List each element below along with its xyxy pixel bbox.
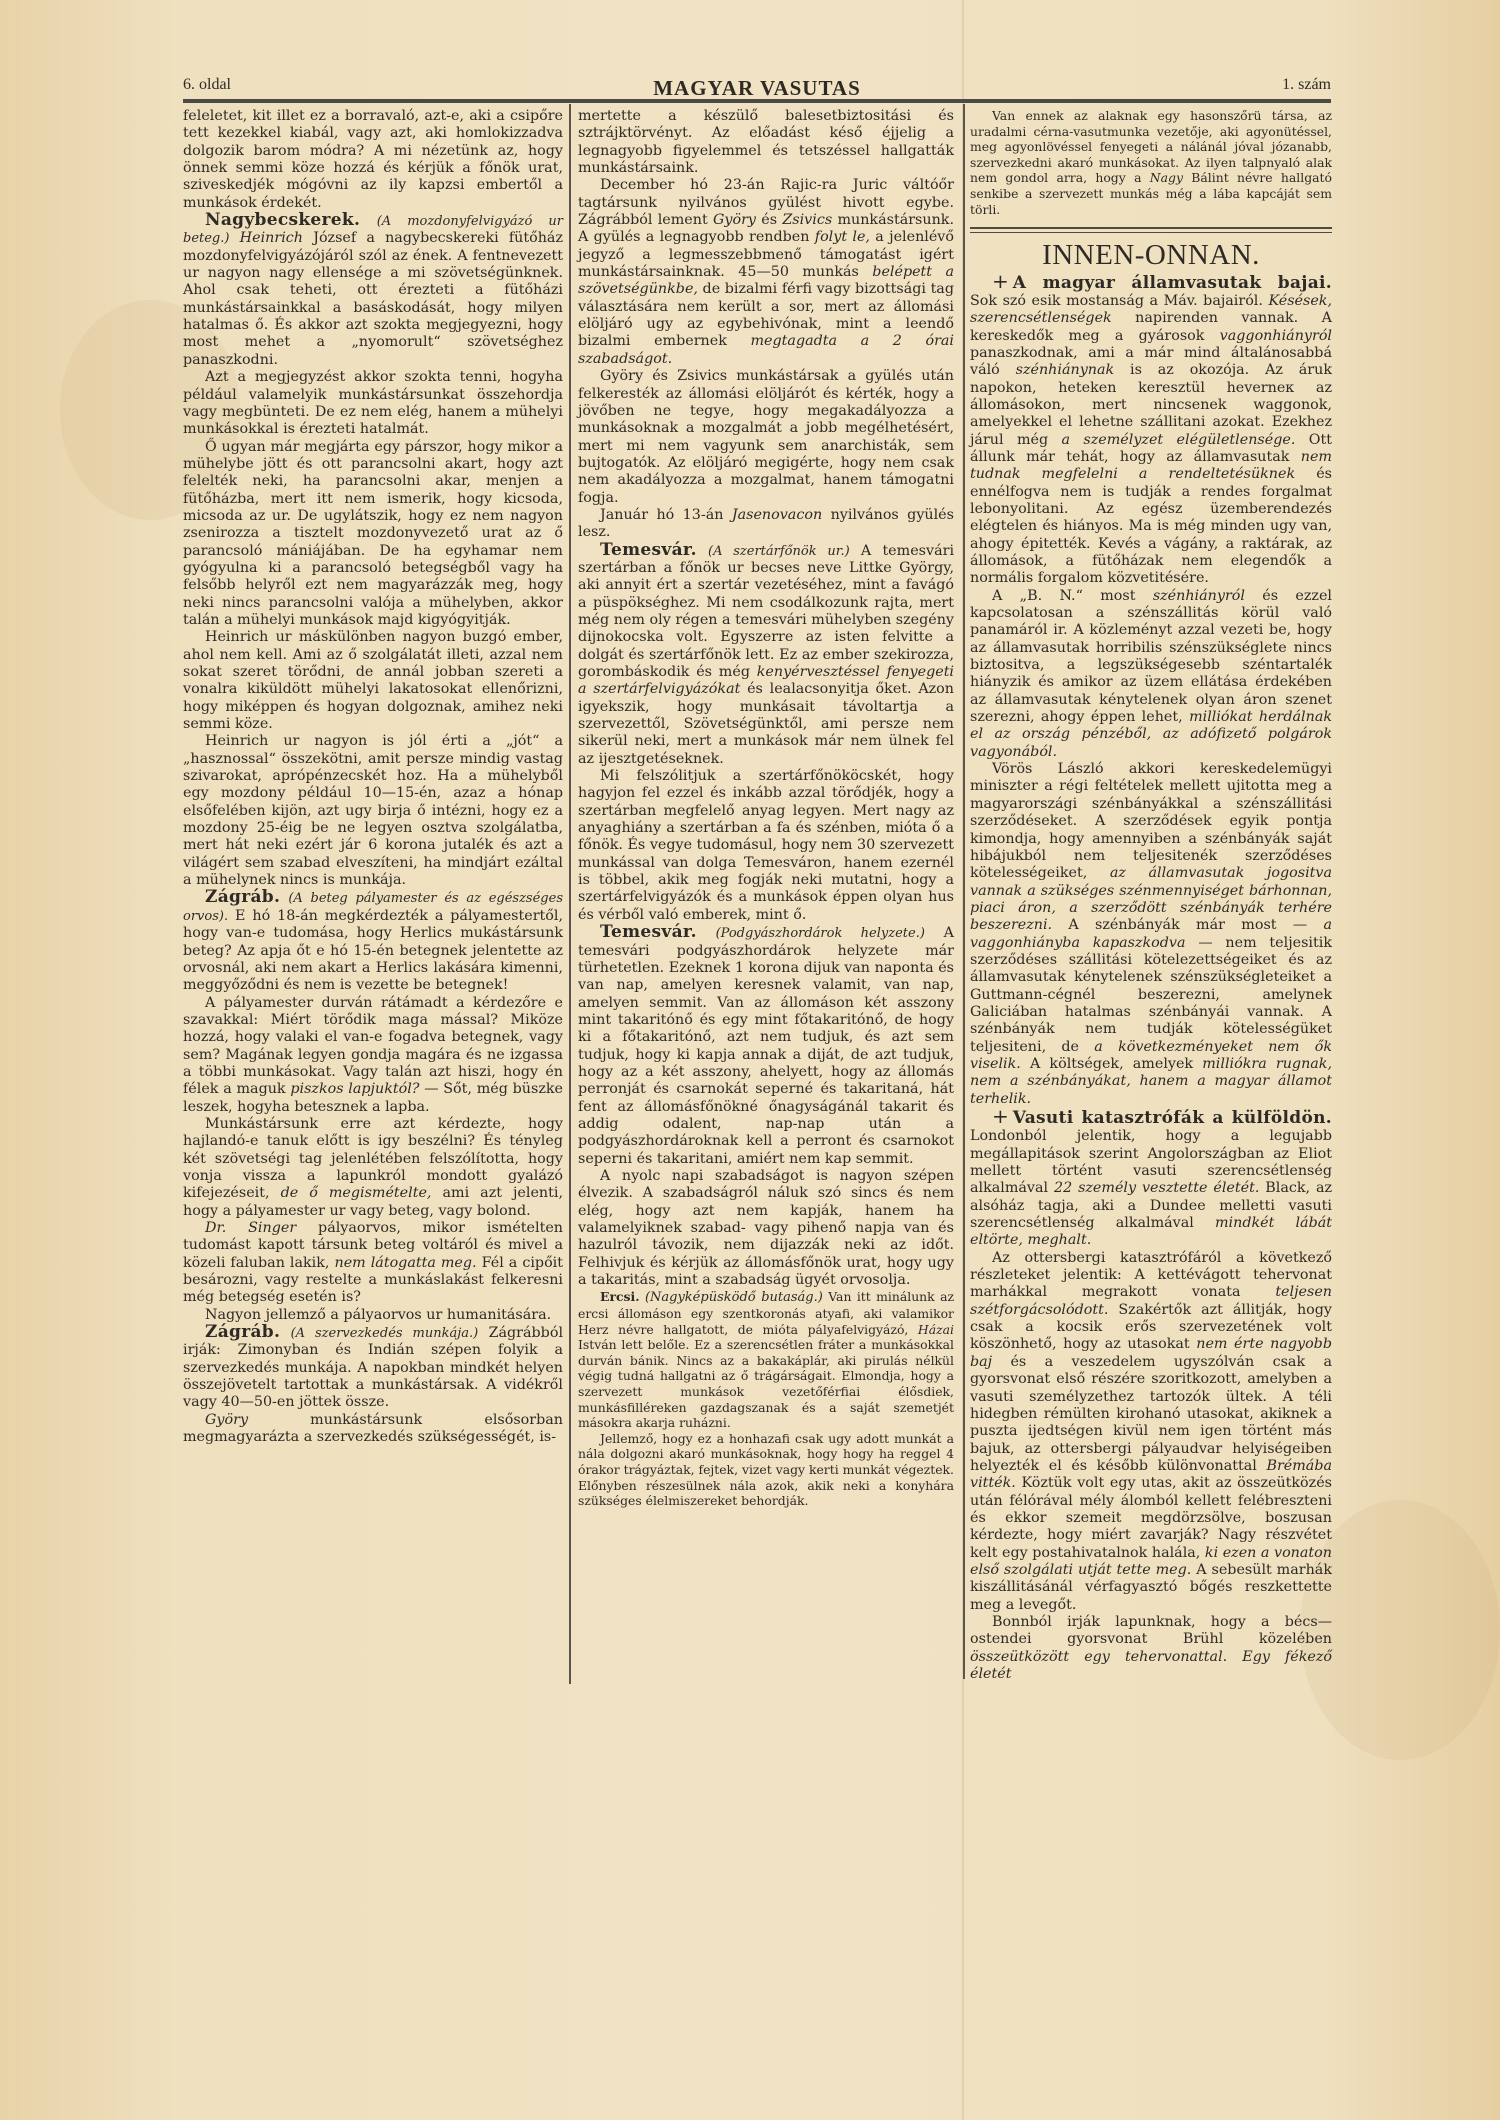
article-zagrab-1: Zágráb. (A beteg pályamester és az egész… xyxy=(183,889,563,994)
column-2: mertette a készülő balesetbiztositási és… xyxy=(578,108,954,1509)
paragraph-text: A temesvári podgyászhordárok helyzete má… xyxy=(578,925,954,1166)
column-divider xyxy=(963,104,965,1679)
article-heading: Vasuti katasztrófák a külföldön. xyxy=(1013,1108,1332,1128)
paragraph: A „B. N.“ most szénhiányról és ezzel kap… xyxy=(970,588,1332,761)
paragraph: Munkástársunk erre azt kérdezte, hogy ha… xyxy=(183,1116,563,1220)
person-name: Dr. Singer xyxy=(205,1220,296,1236)
issue-number: 1. szám xyxy=(1282,76,1331,94)
paragraph: Bonnból irják lapunknak, hogy a bécs—ost… xyxy=(970,1614,1332,1683)
person-name: Zsivics xyxy=(782,212,832,228)
paragraph: Heinrich ur máskülönben nagyon buzgó emb… xyxy=(183,629,563,733)
paragraph: A pályamester durván rátámadt a kérdezőr… xyxy=(183,995,563,1116)
emphasis: vaggonhiányról xyxy=(1220,328,1332,344)
paragraph-text: és ezzel kapcsolatosan a szénszállitás k… xyxy=(970,588,1332,725)
article-temesvar-1: Temesvár. (A szertárfőnök ur.) A temesvá… xyxy=(578,542,954,768)
article-heading: Zágráb. xyxy=(205,1322,280,1342)
article-heading: Temesvár. xyxy=(600,922,697,942)
paragraph-text: Bonnból irják lapunknak, hogy a bécs—ost… xyxy=(970,1614,1332,1647)
paragraph: Január hó 13-án Jasenovacon nyilvános gy… xyxy=(578,507,954,542)
paragraph: Györy és Zsivics munkástársak a gyülés u… xyxy=(578,368,954,507)
paragraph: December hó 23-án Rajic-ra Juric váltóőr… xyxy=(578,177,954,368)
paragraph-text: Január hó 13-án xyxy=(600,507,732,523)
article-subtitle: (A szertárfőnök ur.) xyxy=(708,544,850,559)
paragraph-text: A költségek, amelyek xyxy=(1021,1056,1202,1072)
emphasis: összeütközött egy tehervonattal. Egy fék… xyxy=(970,1649,1332,1682)
emphasis: szénhiányról xyxy=(1153,588,1245,604)
paragraph: Ő ugyan már megjárta egy párszor, hogy m… xyxy=(183,439,563,630)
paragraph: Heinrich ur nagyon is jól érti a „jót“ a… xyxy=(183,733,563,889)
person-name: Györy xyxy=(205,1412,248,1428)
article-heading: Ercsi. xyxy=(600,1289,640,1304)
emphasis: szénhiánynak xyxy=(1016,362,1115,378)
paragraph: Györy munkástársunk elsősorban megmagyar… xyxy=(183,1412,563,1447)
emphasis: a személyzet elégületlensége. xyxy=(1062,432,1296,448)
person-name: Györy xyxy=(713,212,756,228)
article-temesvar-2: Temesvár. (Podgyászhordárok helyzete.) A… xyxy=(578,924,954,1168)
paragraph: mertette a készülő balesetbiztositási és… xyxy=(578,108,954,177)
cross-icon: + xyxy=(992,1104,1009,1128)
emphasis: piszkos lapjuktól? xyxy=(290,1081,419,1097)
article-subtitle: (Nagyképüsködő butaság.) xyxy=(645,1290,823,1305)
person-name: Nagy xyxy=(1150,170,1183,185)
article-heading: Zágráb. xyxy=(205,887,280,907)
paragraph-text: Sok szó esik mostanság a Máv. bajairól. xyxy=(970,293,1268,309)
article-nagybecskerek: Nagybecskerek. (A mozdonyfelvigyázó ur b… xyxy=(183,212,563,369)
page-header: 6. oldal MAGYAR VASUTAS 1. szám xyxy=(183,76,1331,98)
emphasis: 22 személy vesztette életét. xyxy=(1054,1180,1259,1196)
column-divider xyxy=(569,104,571,1684)
paragraph-text: István lett belőle. Ez a szerencsétlen f… xyxy=(578,1337,954,1430)
article-zagrab-2: Zágráb. (A szervezkedés munkája.) Zágráb… xyxy=(183,1324,563,1412)
paragraph-text: és a veszedelem ugyszólván csak a gyorsv… xyxy=(970,1354,1332,1474)
paragraph-text: A temesvári szertárban a főnök ur becses… xyxy=(578,543,954,680)
paragraph: Van ennek az alaknak egy hasonszőrü társ… xyxy=(970,108,1332,217)
paragraph: Az ottersbergi katasztrófáról a következ… xyxy=(970,1250,1332,1614)
paragraph-text: A szénbányák már most xyxy=(1052,917,1293,933)
paragraph: feleletet, kit illet ez a borravaló, azt… xyxy=(183,108,563,212)
person-name: Házai xyxy=(918,1322,954,1337)
emphasis: de ő megismételte, xyxy=(281,1185,432,1201)
emphasis: nem látogatta meg. xyxy=(334,1255,476,1271)
article-mav: +A magyar államvasutak bajai. Sok szó es… xyxy=(970,273,1332,588)
paragraph: Vörös László akkori kereskedelemügyi min… xyxy=(970,761,1332,1108)
section-title: INNEN-ONNAN. xyxy=(970,247,1332,264)
article-subtitle: (Podgyászhordárok helyzete.) xyxy=(716,926,925,941)
article-subtitle: (A szervezkedés munkája.) xyxy=(291,1326,479,1341)
paragraph: Mi felszólitjuk a szertárfőnököcskét, ho… xyxy=(578,768,954,924)
masthead-title: MAGYAR VASUTAS xyxy=(183,76,1331,101)
emphasis: folyt le, xyxy=(815,229,870,245)
article-heading: Temesvár. xyxy=(600,540,697,560)
paragraph-text: E hó 18-án megkérdezték a pályamestertől… xyxy=(183,908,563,993)
paragraph: Azt a megjegyzést akkor szokta tenni, ho… xyxy=(183,369,563,438)
paragraph: Jellemző, hogy ez a honhazafi csak ugy a… xyxy=(578,1431,954,1509)
column-1: feleletet, kit illet ez a borravaló, azt… xyxy=(183,108,563,1446)
paragraph-text: és ennélfogva nem is tudják a rendes for… xyxy=(970,466,1332,586)
paragraph-text: A „B. N.“ most xyxy=(992,588,1153,604)
section-divider xyxy=(970,227,1332,233)
newspaper-page: 6. oldal MAGYAR VASUTAS 1. szám felelete… xyxy=(0,0,1500,2120)
place-name: Jasenovacon xyxy=(732,507,822,523)
header-rule xyxy=(183,99,1331,103)
paragraph-text: és xyxy=(756,212,782,228)
paragraph: A nyolc napi szabadságot is nagyon szépe… xyxy=(578,1168,954,1289)
article-kulfold: +Vasuti katasztrófák a külföldön. London… xyxy=(970,1108,1332,1250)
paragraph: Dr. Singer pályaorvos, mikor ismételten … xyxy=(183,1220,563,1307)
person-name: Heinrich xyxy=(240,230,303,246)
article-ercsi: Ercsi. (Nagyképüsködő butaság.) Van itt … xyxy=(578,1289,954,1430)
paragraph-text: nem teljesitik szerződéses szállitási kö… xyxy=(970,935,1332,1055)
article-heading: A magyar államvasutak bajai. xyxy=(1013,273,1332,293)
paragraph-text: József a nagybecskereki fütőház mozdonyf… xyxy=(183,230,563,367)
cross-icon: + xyxy=(992,269,1009,293)
column-3: Van ennek az alaknak egy hasonszőrü társ… xyxy=(970,108,1332,1683)
paragraph-text: Vörös László akkori kereskedelemügyi min… xyxy=(970,761,1332,881)
article-heading: Nagybecskerek. xyxy=(205,210,360,230)
